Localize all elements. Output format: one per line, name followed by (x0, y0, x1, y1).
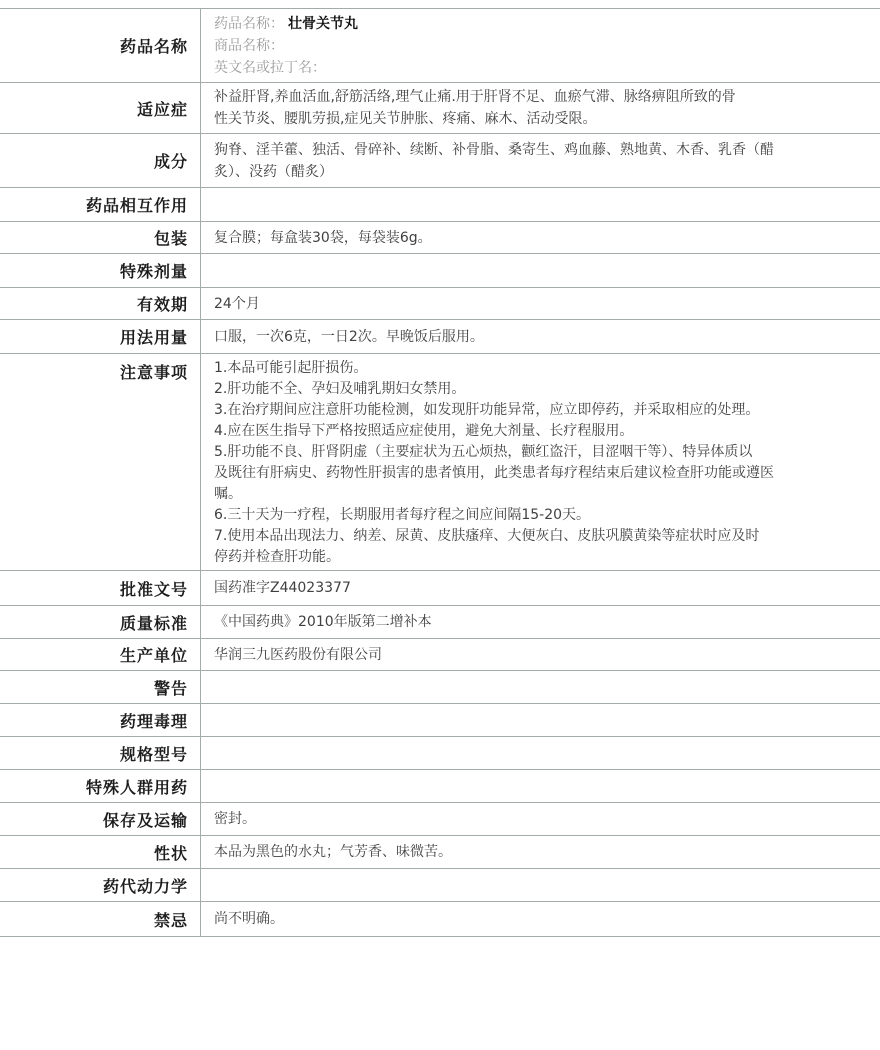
value-text-line: 1.本品可能引起肝损伤。 (214, 358, 870, 379)
value-text-line: 5.肝功能不良、肝肾阴虚（主要症状为五心烦热，颧红盗汗，目涩咽干等）、特异体质以 (214, 442, 870, 463)
table-row-packaging: 包装复合膜；每盒装30袋，每袋装6g。 (0, 222, 880, 254)
table-row-quality-standard: 质量标准《中国药典》2010年版第二增补本 (0, 606, 880, 639)
value-text-line: 及既往有肝病史、药物性肝损害的患者慎用，此类患者每疗程结束后建议检查肝功能或遵医 (214, 463, 870, 484)
row-value-properties: 本品为黑色的水丸；气芳香、味微苦。 (201, 836, 880, 868)
value-text-line: 密封。 (214, 808, 870, 830)
row-label-pharmacokinetics: 药代动力学 (0, 869, 201, 901)
table-row-contraindications: 禁忌尚不明确。 (0, 902, 880, 937)
row-label-special-dosage: 特殊剂量 (0, 254, 201, 287)
value-text-line: 炙）、没药（醋炙） (214, 161, 870, 183)
row-label-properties: 性状 (0, 836, 201, 868)
table-row-pharmacokinetics: 药代动力学 (0, 869, 880, 902)
row-value-drug-interactions (201, 188, 880, 221)
table-row-manufacturer: 生产单位华润三九医药股份有限公司 (0, 639, 880, 671)
row-label-shelf-life: 有效期 (0, 288, 201, 319)
row-label-approval-number: 批准文号 (0, 571, 201, 605)
row-value-ingredients: 狗脊、淫羊藿、独活、骨碎补、续断、补骨脂、桑寄生、鸡血藤、熟地黄、木香、乳香（醋… (201, 134, 880, 187)
table-row-drug-name: 药品名称药品名称：壮骨关节丸商品名称：英文名或拉丁名： (0, 9, 880, 83)
drug-info-table: 药品名称药品名称：壮骨关节丸商品名称：英文名或拉丁名：适应症补益肝肾,养血活血,… (0, 8, 880, 937)
row-label-storage-transport: 保存及运输 (0, 803, 201, 835)
value-text-line: 复合膜；每盒装30袋，每袋装6g。 (214, 227, 870, 249)
row-label-drug-interactions: 药品相互作用 (0, 188, 201, 221)
name-field-line: 英文名或拉丁名： (214, 57, 870, 79)
row-label-warning: 警告 (0, 671, 201, 703)
table-row-properties: 性状本品为黑色的水丸；气芳香、味微苦。 (0, 836, 880, 869)
row-value-contraindications: 尚不明确。 (201, 902, 880, 936)
row-value-indications: 补益肝肾,养血活血,舒筋活络,理气止痛.用于肝肾不足、血瘀气滞、脉络痹阻所致的骨… (201, 83, 880, 133)
value-text-line: 性关节炎、腰肌劳损,症见关节肿胀、疼痛、麻木、活动受限。 (214, 108, 870, 130)
row-value-warning (201, 671, 880, 703)
value-text-line: 国药准字Z44023377 (214, 577, 870, 599)
value-text-line: 嘱。 (214, 484, 870, 505)
value-text-line: 口服，一次6克，一日2次。早晚饭后服用。 (214, 326, 870, 348)
row-value-drug-name: 药品名称：壮骨关节丸商品名称：英文名或拉丁名： (201, 9, 880, 82)
name-field-line: 商品名称： (214, 35, 870, 57)
field-caption: 药品名称： (214, 16, 284, 32)
table-row-warning: 警告 (0, 671, 880, 704)
value-text-line: 停药并检查肝功能。 (214, 547, 870, 568)
value-text-line: 3.在治疗期间应注意肝功能检测，如发现肝功能异常，应立即停药，并采取相应的处理。 (214, 400, 870, 421)
row-label-manufacturer: 生产单位 (0, 639, 201, 670)
value-text-line: 2.肝功能不全、孕妇及哺乳期妇女禁用。 (214, 379, 870, 400)
table-row-dosage-usage: 用法用量口服，一次6克，一日2次。早晚饭后服用。 (0, 320, 880, 354)
row-label-quality-standard: 质量标准 (0, 606, 201, 638)
table-row-spec-model: 规格型号 (0, 737, 880, 770)
value-text-line: 7.使用本品出现法力、纳差、尿黄、皮肤瘙痒、大便灰白、皮肤巩膜黄染等症状时应及时 (214, 526, 870, 547)
table-row-special-dosage: 特殊剂量 (0, 254, 880, 288)
table-row-special-population: 特殊人群用药 (0, 770, 880, 803)
row-value-shelf-life: 24个月 (201, 288, 880, 319)
value-text-line: 24个月 (214, 293, 870, 315)
field-value: 壮骨关节丸 (288, 16, 358, 32)
value-text-line: 狗脊、淫羊藿、独活、骨碎补、续断、补骨脂、桑寄生、鸡血藤、熟地黄、木香、乳香（醋 (214, 139, 870, 161)
row-value-manufacturer: 华润三九医药股份有限公司 (201, 639, 880, 670)
row-value-storage-transport: 密封。 (201, 803, 880, 835)
row-value-dosage-usage: 口服，一次6克，一日2次。早晚饭后服用。 (201, 320, 880, 353)
row-label-precautions: 注意事项 (0, 354, 201, 570)
row-label-contraindications: 禁忌 (0, 902, 201, 936)
row-label-packaging: 包装 (0, 222, 201, 253)
row-label-drug-name: 药品名称 (0, 9, 201, 82)
value-text-line: 本品为黑色的水丸；气芳香、味微苦。 (214, 841, 870, 863)
field-caption: 商品名称： (214, 38, 284, 54)
row-label-dosage-usage: 用法用量 (0, 320, 201, 353)
row-label-special-population: 特殊人群用药 (0, 770, 201, 802)
table-row-indications: 适应症补益肝肾,养血活血,舒筋活络,理气止痛.用于肝肾不足、血瘀气滞、脉络痹阻所… (0, 83, 880, 134)
table-row-drug-interactions: 药品相互作用 (0, 188, 880, 222)
table-row-precautions: 注意事项1.本品可能引起肝损伤。2.肝功能不全、孕妇及哺乳期妇女禁用。3.在治疗… (0, 354, 880, 571)
row-label-ingredients: 成分 (0, 134, 201, 187)
table-row-approval-number: 批准文号国药准字Z44023377 (0, 571, 880, 606)
row-label-spec-model: 规格型号 (0, 737, 201, 769)
row-value-spec-model (201, 737, 880, 769)
value-text-line: 尚不明确。 (214, 908, 870, 930)
table-row-shelf-life: 有效期24个月 (0, 288, 880, 320)
row-value-special-dosage (201, 254, 880, 287)
value-text-line: 华润三九医药股份有限公司 (214, 644, 870, 666)
row-value-pharmacology-toxicology (201, 704, 880, 736)
value-text-line: 4.应在医生指导下严格按照适应症使用，避免大剂量、长疗程服用。 (214, 421, 870, 442)
field-caption: 英文名或拉丁名： (214, 60, 326, 76)
table-row-ingredients: 成分狗脊、淫羊藿、独活、骨碎补、续断、补骨脂、桑寄生、鸡血藤、熟地黄、木香、乳香… (0, 134, 880, 188)
row-label-indications: 适应症 (0, 83, 201, 133)
row-label-pharmacology-toxicology: 药理毒理 (0, 704, 201, 736)
row-value-precautions: 1.本品可能引起肝损伤。2.肝功能不全、孕妇及哺乳期妇女禁用。3.在治疗期间应注… (201, 354, 880, 570)
table-row-pharmacology-toxicology: 药理毒理 (0, 704, 880, 737)
row-value-approval-number: 国药准字Z44023377 (201, 571, 880, 605)
name-field-line: 药品名称：壮骨关节丸 (214, 13, 870, 35)
row-value-quality-standard: 《中国药典》2010年版第二增补本 (201, 606, 880, 638)
row-value-special-population (201, 770, 880, 802)
value-text-line: 补益肝肾,养血活血,舒筋活络,理气止痛.用于肝肾不足、血瘀气滞、脉络痹阻所致的骨 (214, 86, 870, 108)
table-row-storage-transport: 保存及运输密封。 (0, 803, 880, 836)
value-text-line: 《中国药典》2010年版第二增补本 (214, 611, 870, 633)
row-value-pharmacokinetics (201, 869, 880, 901)
value-text-line: 6.三十天为一疗程，长期服用者每疗程之间应间隔15-20天。 (214, 505, 870, 526)
row-value-packaging: 复合膜；每盒装30袋，每袋装6g。 (201, 222, 880, 253)
